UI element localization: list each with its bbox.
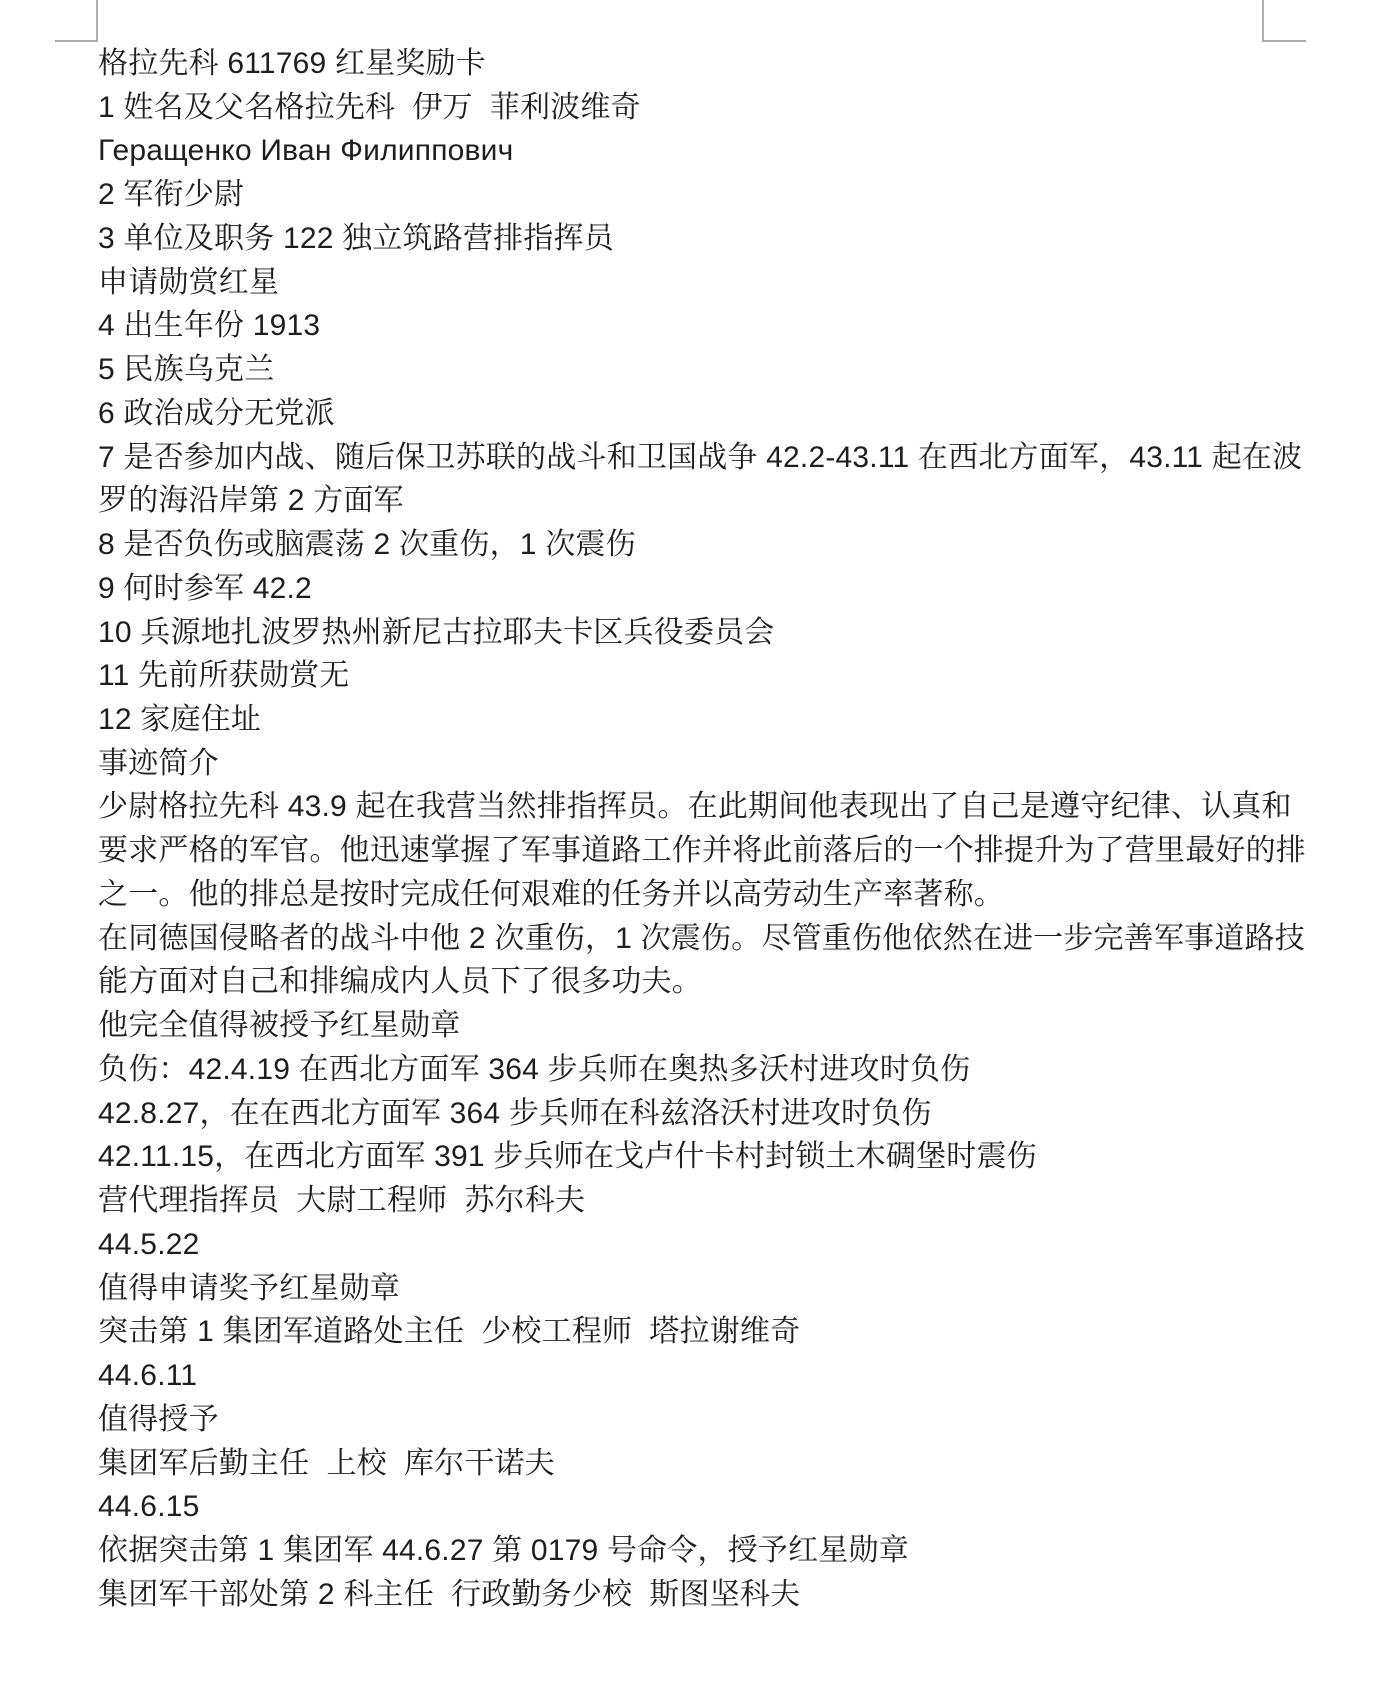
- document-line: 值得申请奖予红星勋章: [98, 1267, 1308, 1311]
- document-line: 格拉先科 611769 红星奖励卡: [98, 42, 1308, 86]
- document-line: 10 兵源地扎波罗热州新尼古拉耶夫卡区兵役委员会: [98, 611, 1308, 655]
- document-line: 集团军干部处第 2 科主任 行政勤务少校 斯图坚科夫: [98, 1573, 1308, 1617]
- document-line: 11 先前所获勋赏无: [98, 654, 1308, 698]
- document-line: 2 军衔少尉: [98, 173, 1308, 217]
- document-line: Геращенко Иван Филиппович: [98, 129, 1308, 173]
- document-line: 42.11.15，在西北方面军 391 步兵师在戈卢什卡村封锁土木碉堡时震伤: [98, 1135, 1308, 1179]
- document-line: 能方面对自己和排编成内人员下了很多功夫。: [98, 960, 1308, 1004]
- document-line: 罗的海沿岸第 2 方面军: [98, 479, 1308, 523]
- document-line: 集团军后勤主任 上校 库尔干诺夫: [98, 1442, 1308, 1486]
- document-line: 42.8.27，在在西北方面军 364 步兵师在科兹洛沃村进攻时负伤: [98, 1092, 1308, 1136]
- page-corner-mark-top-right-vertical: [1262, 0, 1264, 41]
- page-corner-mark-top-left-horizontal: [55, 40, 98, 42]
- document-line: 营代理指挥员 大尉工程师 苏尔科夫: [98, 1179, 1308, 1223]
- document-line: 9 何时参军 42.2: [98, 567, 1308, 611]
- document-line: 之一。他的排总是按时完成任何艰难的任务并以高劳动生产率著称。: [98, 873, 1308, 917]
- document-line: 44.6.15: [98, 1485, 1308, 1529]
- document-line: 1 姓名及父名格拉先科 伊万 菲利波维奇: [98, 86, 1308, 130]
- document-line: 44.6.11: [98, 1354, 1308, 1398]
- document-line: 事迹简介: [98, 742, 1308, 786]
- document-text-area[interactable]: 格拉先科 611769 红星奖励卡1 姓名及父名格拉先科 伊万 菲利波维奇Гер…: [98, 42, 1308, 1616]
- document-line: 突击第 1 集团军道路处主任 少校工程师 塔拉谢维奇: [98, 1310, 1308, 1354]
- page-corner-mark-top-left-vertical: [96, 0, 98, 41]
- document-line: 6 政治成分无党派: [98, 392, 1308, 436]
- document-line: 少尉格拉先科 43.9 起在我营当然排指挥员。在此期间他表现出了自己是遵守纪律、…: [98, 785, 1308, 829]
- document-page: 格拉先科 611769 红星奖励卡1 姓名及父名格拉先科 伊万 菲利波维奇Гер…: [0, 0, 1400, 1681]
- document-line: 他完全值得被授予红星勋章: [98, 1004, 1308, 1048]
- document-line: 3 单位及职务 122 独立筑路营排指挥员: [98, 217, 1308, 261]
- document-line: 12 家庭住址: [98, 698, 1308, 742]
- document-line: 要求严格的军官。他迅速掌握了军事道路工作并将此前落后的一个排提升为了营里最好的排: [98, 829, 1308, 873]
- document-line: 在同德国侵略者的战斗中他 2 次重伤，1 次震伤。尽管重伤他依然在进一步完善军事…: [98, 917, 1308, 961]
- document-line: 44.5.22: [98, 1223, 1308, 1267]
- document-line: 值得授予: [98, 1398, 1308, 1442]
- document-line: 8 是否负伤或脑震荡 2 次重伤，1 次震伤: [98, 523, 1308, 567]
- document-line: 4 出生年份 1913: [98, 304, 1308, 348]
- document-line: 7 是否参加内战、随后保卫苏联的战斗和卫国战争 42.2-43.11 在西北方面…: [98, 436, 1308, 480]
- document-line: 申请勋赏红星: [98, 261, 1308, 305]
- document-line: 依据突击第 1 集团军 44.6.27 第 0179 号命令，授予红星勋章: [98, 1529, 1308, 1573]
- document-line: 5 民族乌克兰: [98, 348, 1308, 392]
- document-line: 负伤：42.4.19 在西北方面军 364 步兵师在奥热多沃村进攻时负伤: [98, 1048, 1308, 1092]
